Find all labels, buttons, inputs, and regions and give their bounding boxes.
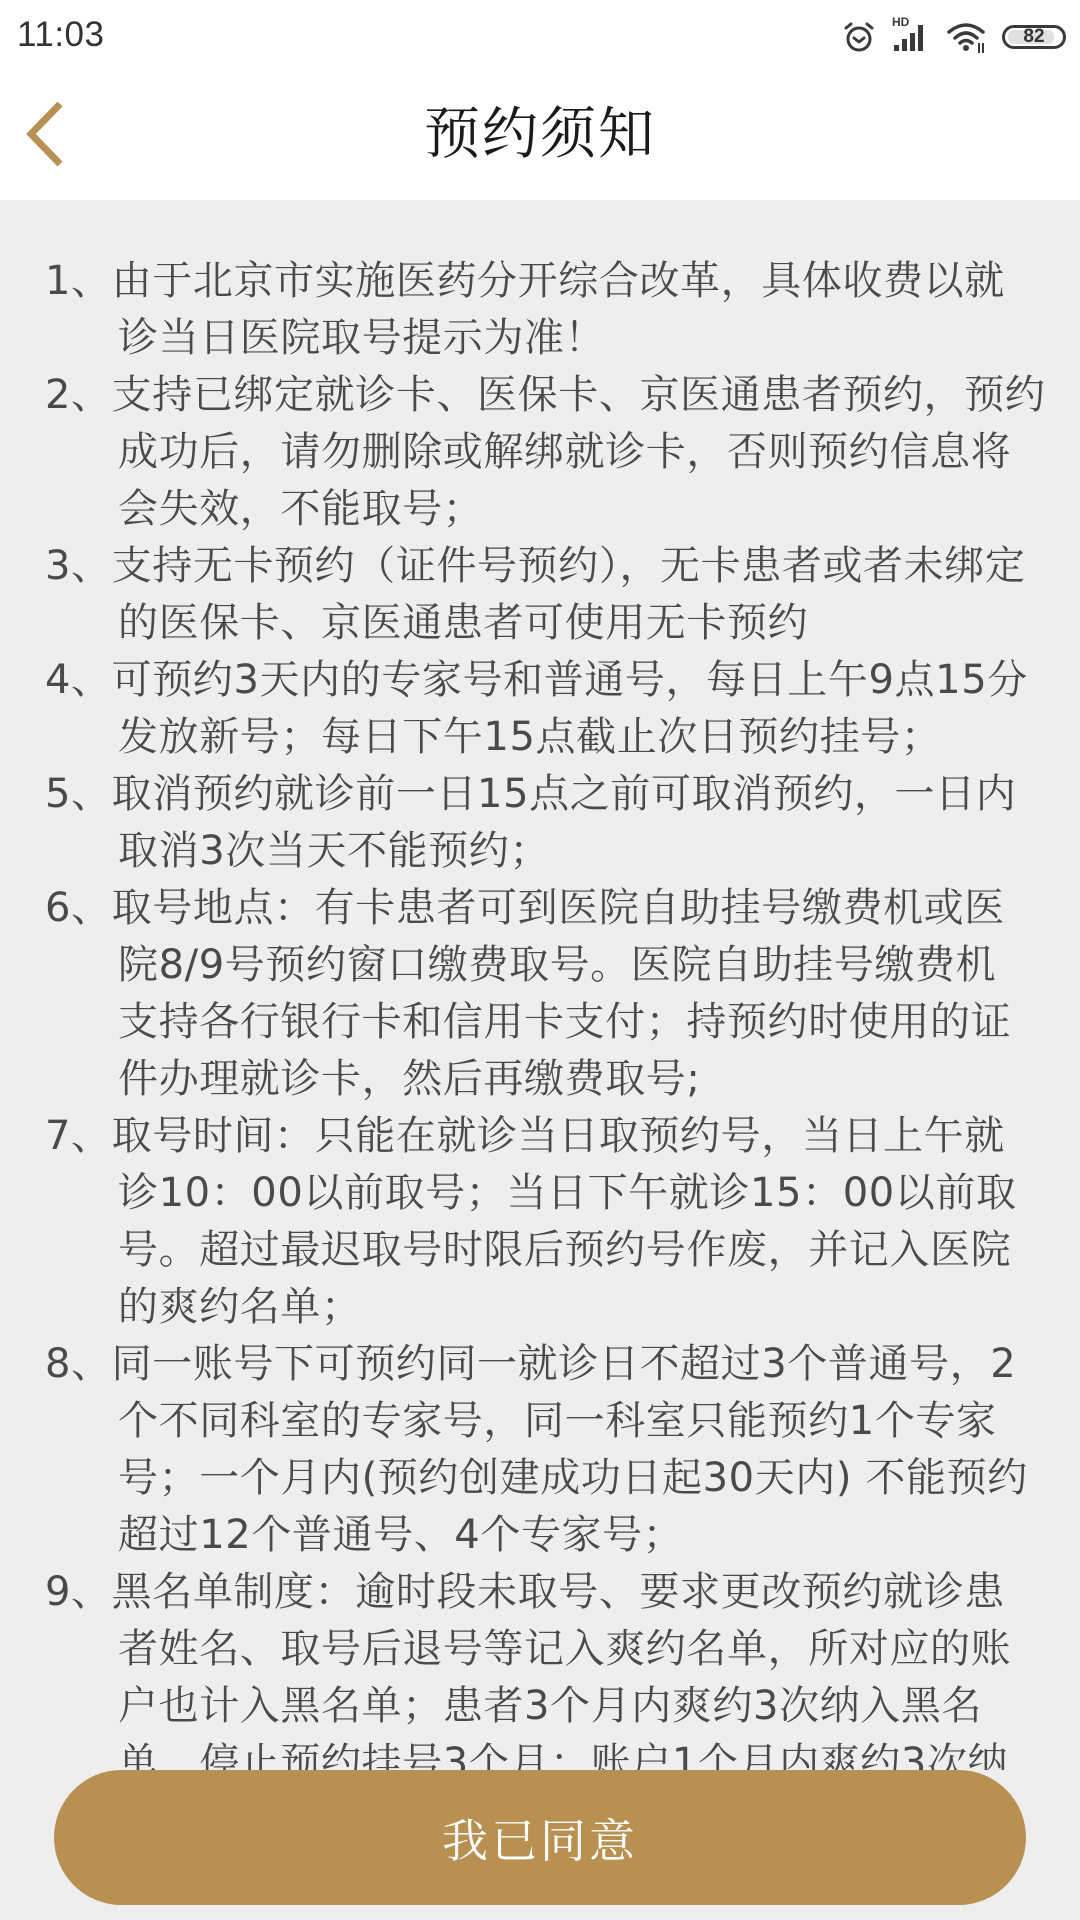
notice-item: 1、由于北京市实施医药分开综合改革，具体收费以就诊当日医院取号提示为准！: [0, 253, 1080, 367]
notice-item-line: 号。超过最迟取号时限后预约号作废，并记入医院: [0, 1222, 1080, 1279]
notice-item-text: 会失效，不能取号；: [118, 486, 483, 532]
notice-item-text: 由于北京市实施医药分开综合改革，具体收费以就: [112, 258, 1005, 304]
notice-item-first-line: 4、可预约3天内的专家号和普通号，每日上午9点15分: [0, 652, 1080, 709]
header: 预约须知: [0, 72, 1080, 200]
notice-item-line: 个不同科室的专家号，同一科室只能预约1个专家: [0, 1393, 1080, 1450]
notice-item-text: 单，停止预约挂号3个月；账户1个月内爽约3次纳: [118, 1740, 1008, 1770]
notice-list: 1、由于北京市实施医药分开综合改革，具体收费以就诊当日医院取号提示为准！2、支持…: [0, 253, 1080, 1770]
status-bar: 11:03 HD: [0, 0, 1080, 72]
notice-item-number: 4、: [45, 657, 112, 703]
notice-item-number: 7、: [45, 1113, 112, 1159]
status-time: 11:03: [17, 15, 105, 55]
notice-item-text: 诊当日医院取号提示为准！: [118, 315, 605, 361]
notice-item-number: 1、: [45, 258, 112, 304]
notice-scroll-area[interactable]: 1、由于北京市实施医药分开综合改革，具体收费以就诊当日医院取号提示为准！2、支持…: [0, 200, 1080, 1770]
notice-item: 2、支持已绑定就诊卡、医保卡、京医通患者预约，预约成功后，请勿删除或解绑就诊卡，…: [0, 367, 1080, 538]
notice-item-first-line: 7、取号时间：只能在就诊当日取预约号，当日上午就: [0, 1108, 1080, 1165]
notice-item-text: 超过12个普通号、4个专家号；: [118, 1512, 683, 1558]
battery-icon: 82: [1002, 25, 1066, 49]
notice-item-first-line: 2、支持已绑定就诊卡、医保卡、京医通患者预约，预约: [0, 367, 1080, 424]
notice-item-line: 取消3次当天不能预约；: [0, 823, 1080, 880]
hd-signal-icon: HD: [890, 19, 932, 55]
wifi-icon: [946, 20, 988, 54]
notice-item-text: 发放新号；每日下午15点截止次日预约挂号；: [118, 714, 942, 760]
notice-item-text: 号；一个月内(预约创建成功日起30天内) 不能预约: [118, 1455, 1028, 1501]
notice-item-line: 超过12个普通号、4个专家号；: [0, 1507, 1080, 1564]
page-title: 预约须知: [0, 102, 1080, 168]
notice-item-text: 的爽约名单；: [118, 1284, 362, 1330]
notice-item-line: 发放新号；每日下午15点截止次日预约挂号；: [0, 709, 1080, 766]
notice-item-line: 单，停止预约挂号3个月；账户1个月内爽约3次纳: [0, 1735, 1080, 1770]
notice-item-first-line: 9、黑名单制度：逾时段未取号、要求更改预约就诊患: [0, 1564, 1080, 1621]
notice-item-text: 者姓名、取号后退号等记入爽约名单，所对应的账: [118, 1626, 1011, 1672]
notice-item: 8、同一账号下可预约同一就诊日不超过3个普通号，2个不同科室的专家号，同一科室只…: [0, 1336, 1080, 1564]
notice-item-line: 的医保卡、京医通患者可使用无卡预约: [0, 595, 1080, 652]
notice-item-text: 同一账号下可预约同一就诊日不超过3个普通号，2: [112, 1341, 1017, 1387]
notice-item-text: 支持无卡预约（证件号预约），无卡患者或者未绑定: [112, 543, 1026, 589]
notice-item-text: 个不同科室的专家号，同一科室只能预约1个专家: [118, 1398, 997, 1444]
notice-item: 6、取号地点：有卡患者可到医院自助挂号缴费机或医院8/9号预约窗口缴费取号。医院…: [0, 880, 1080, 1108]
notice-item-line: 院8/9号预约窗口缴费取号。医院自助挂号缴费机: [0, 937, 1080, 994]
notice-item-number: 9、: [45, 1569, 112, 1615]
notice-item: 5、取消预约就诊前一日15点之前可取消预约，一日内取消3次当天不能预约；: [0, 766, 1080, 880]
notice-item-line: 的爽约名单；: [0, 1279, 1080, 1336]
notice-item-first-line: 6、取号地点：有卡患者可到医院自助挂号缴费机或医: [0, 880, 1080, 937]
notice-item-number: 2、: [45, 372, 112, 418]
notice-item-text: 取消预约就诊前一日15点之前可取消预约，一日内: [112, 771, 1017, 817]
notice-item: 7、取号时间：只能在就诊当日取预约号，当日上午就诊10：00以前取号；当日下午就…: [0, 1108, 1080, 1336]
notice-item-text: 成功后，请勿删除或解绑就诊卡，否则预约信息将: [118, 429, 1011, 475]
notice-item-first-line: 8、同一账号下可预约同一就诊日不超过3个普通号，2: [0, 1336, 1080, 1393]
notice-item-text: 院8/9号预约窗口缴费取号。医院自助挂号缴费机: [118, 942, 996, 988]
notice-item-text: 取消3次当天不能预约；: [118, 828, 550, 874]
notice-item-text: 号。超过最迟取号时限后预约号作废，并记入医院: [118, 1227, 1011, 1273]
notice-item-number: 6、: [45, 885, 112, 931]
notice-item-number: 8、: [45, 1341, 112, 1387]
notice-item-line: 号；一个月内(预约创建成功日起30天内) 不能预约: [0, 1450, 1080, 1507]
notice-item-first-line: 1、由于北京市实施医药分开综合改革，具体收费以就: [0, 253, 1080, 310]
notice-item: 9、黑名单制度：逾时段未取号、要求更改预约就诊患者姓名、取号后退号等记入爽约名单…: [0, 1564, 1080, 1770]
notice-item-text: 诊10：00以前取号；当日下午就诊15：00以前取: [118, 1170, 1017, 1216]
notice-item-line: 者姓名、取号后退号等记入爽约名单，所对应的账: [0, 1621, 1080, 1678]
notice-item-number: 5、: [45, 771, 112, 817]
alarm-icon: [842, 20, 876, 54]
notice-item-line: 户也计入黑名单；患者3个月内爽约3次纳入黑名: [0, 1678, 1080, 1735]
battery-level: 82: [1002, 25, 1066, 49]
notice-item-number: 3、: [45, 543, 112, 589]
notice-item: 4、可预约3天内的专家号和普通号，每日上午9点15分发放新号；每日下午15点截止…: [0, 652, 1080, 766]
notice-item-text: 黑名单制度：逾时段未取号、要求更改预约就诊患: [112, 1569, 1005, 1615]
notice-item-text: 的医保卡、京医通患者可使用无卡预约: [118, 600, 808, 646]
notice-item-text: 支持已绑定就诊卡、医保卡、京医通患者预约，预约: [112, 372, 1046, 418]
notice-item-line: 诊10：00以前取号；当日下午就诊15：00以前取: [0, 1165, 1080, 1222]
notice-item-first-line: 3、支持无卡预约（证件号预约），无卡患者或者未绑定: [0, 538, 1080, 595]
notice-item-line: 成功后，请勿删除或解绑就诊卡，否则预约信息将: [0, 424, 1080, 481]
agree-button[interactable]: 我已同意: [54, 1770, 1026, 1905]
notice-item-line: 支持各行银行卡和信用卡支付；持预约时使用的证: [0, 994, 1080, 1051]
notice-item: 3、支持无卡预约（证件号预约），无卡患者或者未绑定的医保卡、京医通患者可使用无卡…: [0, 538, 1080, 652]
notice-item-text: 取号时间：只能在就诊当日取预约号，当日上午就: [112, 1113, 1005, 1159]
notice-item-line: 会失效，不能取号；: [0, 481, 1080, 538]
notice-item-text: 户也计入黑名单；患者3个月内爽约3次纳入黑名: [118, 1683, 982, 1729]
status-icons: HD 82: [842, 18, 1066, 56]
notice-item-first-line: 5、取消预约就诊前一日15点之前可取消预约，一日内: [0, 766, 1080, 823]
notice-item-text: 支持各行银行卡和信用卡支付；持预约时使用的证: [118, 999, 1011, 1045]
notice-item-text: 可预约3天内的专家号和普通号，每日上午9点15分: [112, 657, 1028, 703]
notice-item-text: 取号地点：有卡患者可到医院自助挂号缴费机或医: [112, 885, 1005, 931]
notice-item-line: 件办理就诊卡，然后再缴费取号;: [0, 1051, 1080, 1108]
notice-item-line: 诊当日医院取号提示为准！: [0, 310, 1080, 367]
notice-item-text: 件办理就诊卡，然后再缴费取号;: [118, 1056, 700, 1102]
